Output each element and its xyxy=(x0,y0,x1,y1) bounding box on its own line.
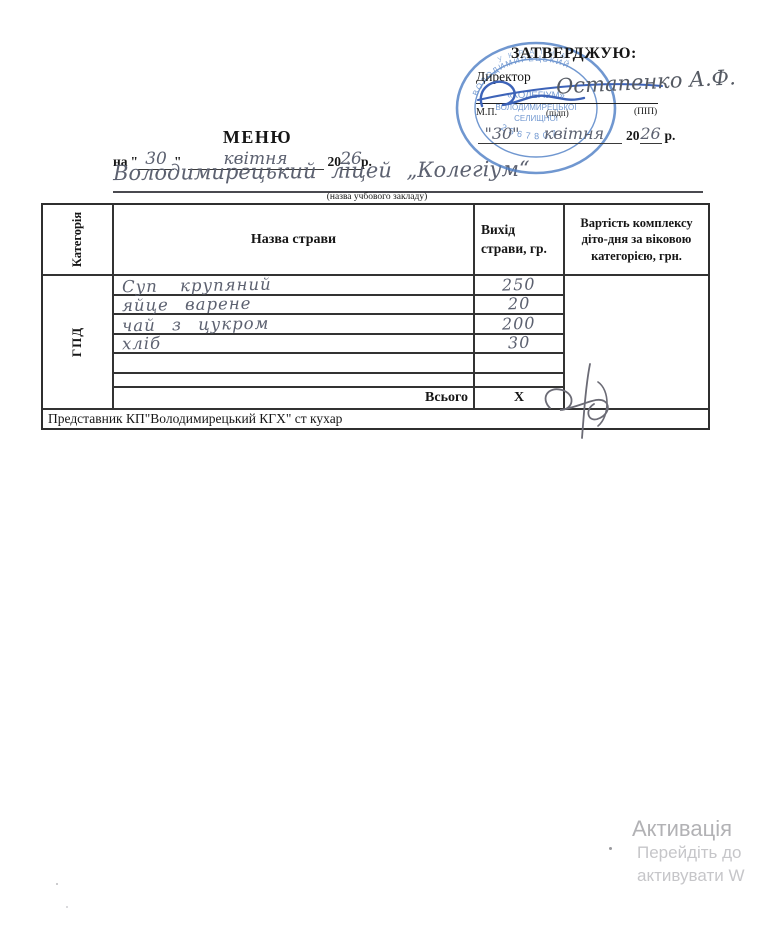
approval-year-suffix: р. xyxy=(665,128,676,144)
windows-activation-line3: активувати W xyxy=(637,866,745,886)
total-label-cell: Всього xyxy=(114,388,473,408)
menu-title: МЕНЮ xyxy=(180,127,335,148)
windows-activation-line2: Перейдіть до xyxy=(637,843,742,863)
output-value: 200 xyxy=(502,316,536,334)
scan-speck xyxy=(66,906,68,908)
approval-day: "30" xyxy=(478,124,526,144)
approval-date-line: "30" квітня 20 26 р. xyxy=(478,122,675,144)
output-value: 250 xyxy=(502,277,536,295)
scan-speck xyxy=(609,847,612,850)
output-value: 20 xyxy=(508,296,531,314)
dish-row: хліб xyxy=(114,335,473,352)
scanned-menu-document: УКРАЇНА ВОЛОДИМИРЕЦЬКИЙ 2567807 «КОЛЕГІУ… xyxy=(0,0,768,928)
approval-year-prefix: 20 xyxy=(626,128,640,144)
approval-year: 26 xyxy=(640,124,662,144)
school-name-caption: (назва учбового закладу) xyxy=(207,192,547,202)
dish-row-empty xyxy=(114,374,473,386)
header-category: Категорія xyxy=(43,205,112,274)
dish-name: чай з цукром xyxy=(122,315,270,334)
output-cell: 30 xyxy=(475,335,563,352)
scan-speck xyxy=(56,883,58,885)
dish-name: Суп крупяний xyxy=(122,276,272,295)
dish-row: Суп крупяний xyxy=(114,276,473,294)
header-category-label: Категорія xyxy=(70,212,85,267)
header-output: Вихід страви, гр. xyxy=(475,205,563,274)
output-cell: 20 xyxy=(475,296,563,313)
output-value: 30 xyxy=(508,335,531,353)
output-cell: 250 xyxy=(475,276,563,294)
dish-row: яйце варене xyxy=(114,296,473,313)
approval-month: квітня xyxy=(526,124,622,144)
header-dish: Назва страви xyxy=(114,205,473,274)
dish-row: чай з цукром xyxy=(114,315,473,333)
dish-row-empty xyxy=(114,354,473,372)
header-cost: Вартість комплексу діто-дня за віковою к… xyxy=(565,205,708,274)
output-cell: 200 xyxy=(475,315,563,333)
category-value-cell: ГПД xyxy=(43,276,112,408)
windows-activation-title: Активація xyxy=(632,816,732,842)
category-value: ГПД xyxy=(69,327,85,357)
cook-signature-scribble xyxy=(538,360,638,442)
dish-name: хліб xyxy=(122,335,161,352)
approve-title: ЗАТВЕРДЖУЮ: xyxy=(511,45,637,63)
dish-name: яйце варене xyxy=(122,295,252,314)
